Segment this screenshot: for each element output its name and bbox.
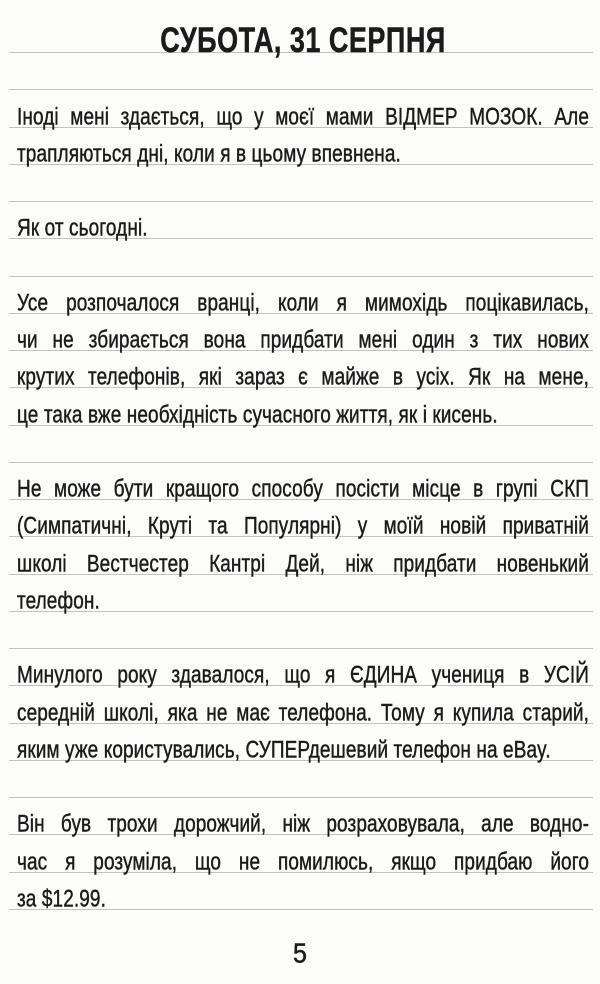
page-number: 5 — [293, 939, 307, 968]
diary-line: Не може бути кращого способу посісти міс… — [9, 463, 593, 500]
ruled-line — [9, 761, 593, 798]
diary-line: трапляються дні, коли я в цьому впевнена… — [9, 128, 593, 165]
diary-line: (Симпатичні, Круті та Популярні) у моїй … — [9, 500, 593, 537]
diary-line: чи не збирається вона придбати мені один… — [9, 314, 593, 351]
ruled-line — [9, 612, 593, 649]
diary-line: яким уже користувались, СУПЕРдешевий тел… — [9, 724, 593, 761]
diary-line: крутих телефонів, які зараз є майже в ус… — [9, 351, 593, 388]
diary-line: це така вже необхідність сучасного життя… — [9, 388, 593, 425]
page-footer: 5 — [0, 911, 600, 984]
diary-line: Усе розпочалося вранці, коли я мимохідь … — [9, 277, 593, 314]
diary-line: Як от сьогодні. — [9, 202, 593, 239]
diary-line: Іноді мені здається, що у моєї мами ВІДМ… — [9, 90, 593, 127]
ruled-line — [9, 165, 593, 202]
diary-line: середній школі, яка не має телефона. Том… — [9, 686, 593, 723]
diary-line: школі Вестчестер Кантрі Дей, ніж придбат… — [9, 537, 593, 574]
ruled-paper: СУБОТА, 31 СЕРПНЯ Іноді мені здається, щ… — [9, 0, 593, 910]
ruled-line — [9, 426, 593, 463]
page-title: СУБОТА, 31 СЕРПНЯ — [9, 0, 593, 53]
diary-page: СУБОТА, 31 СЕРПНЯ Іноді мені здається, щ… — [0, 0, 600, 984]
ruled-line — [9, 239, 593, 276]
diary-line: телефон. — [9, 575, 593, 612]
diary-line: час я розуміла, що не помилюсь, якщо при… — [9, 835, 593, 872]
diary-line: Він був трохи дорожчий, ніж розраховувал… — [9, 798, 593, 835]
diary-line: Минулого року здавалося, що я ЄДИНА учен… — [9, 649, 593, 686]
diary-line: за $12.99. — [9, 873, 593, 910]
ruled-line — [9, 53, 593, 90]
